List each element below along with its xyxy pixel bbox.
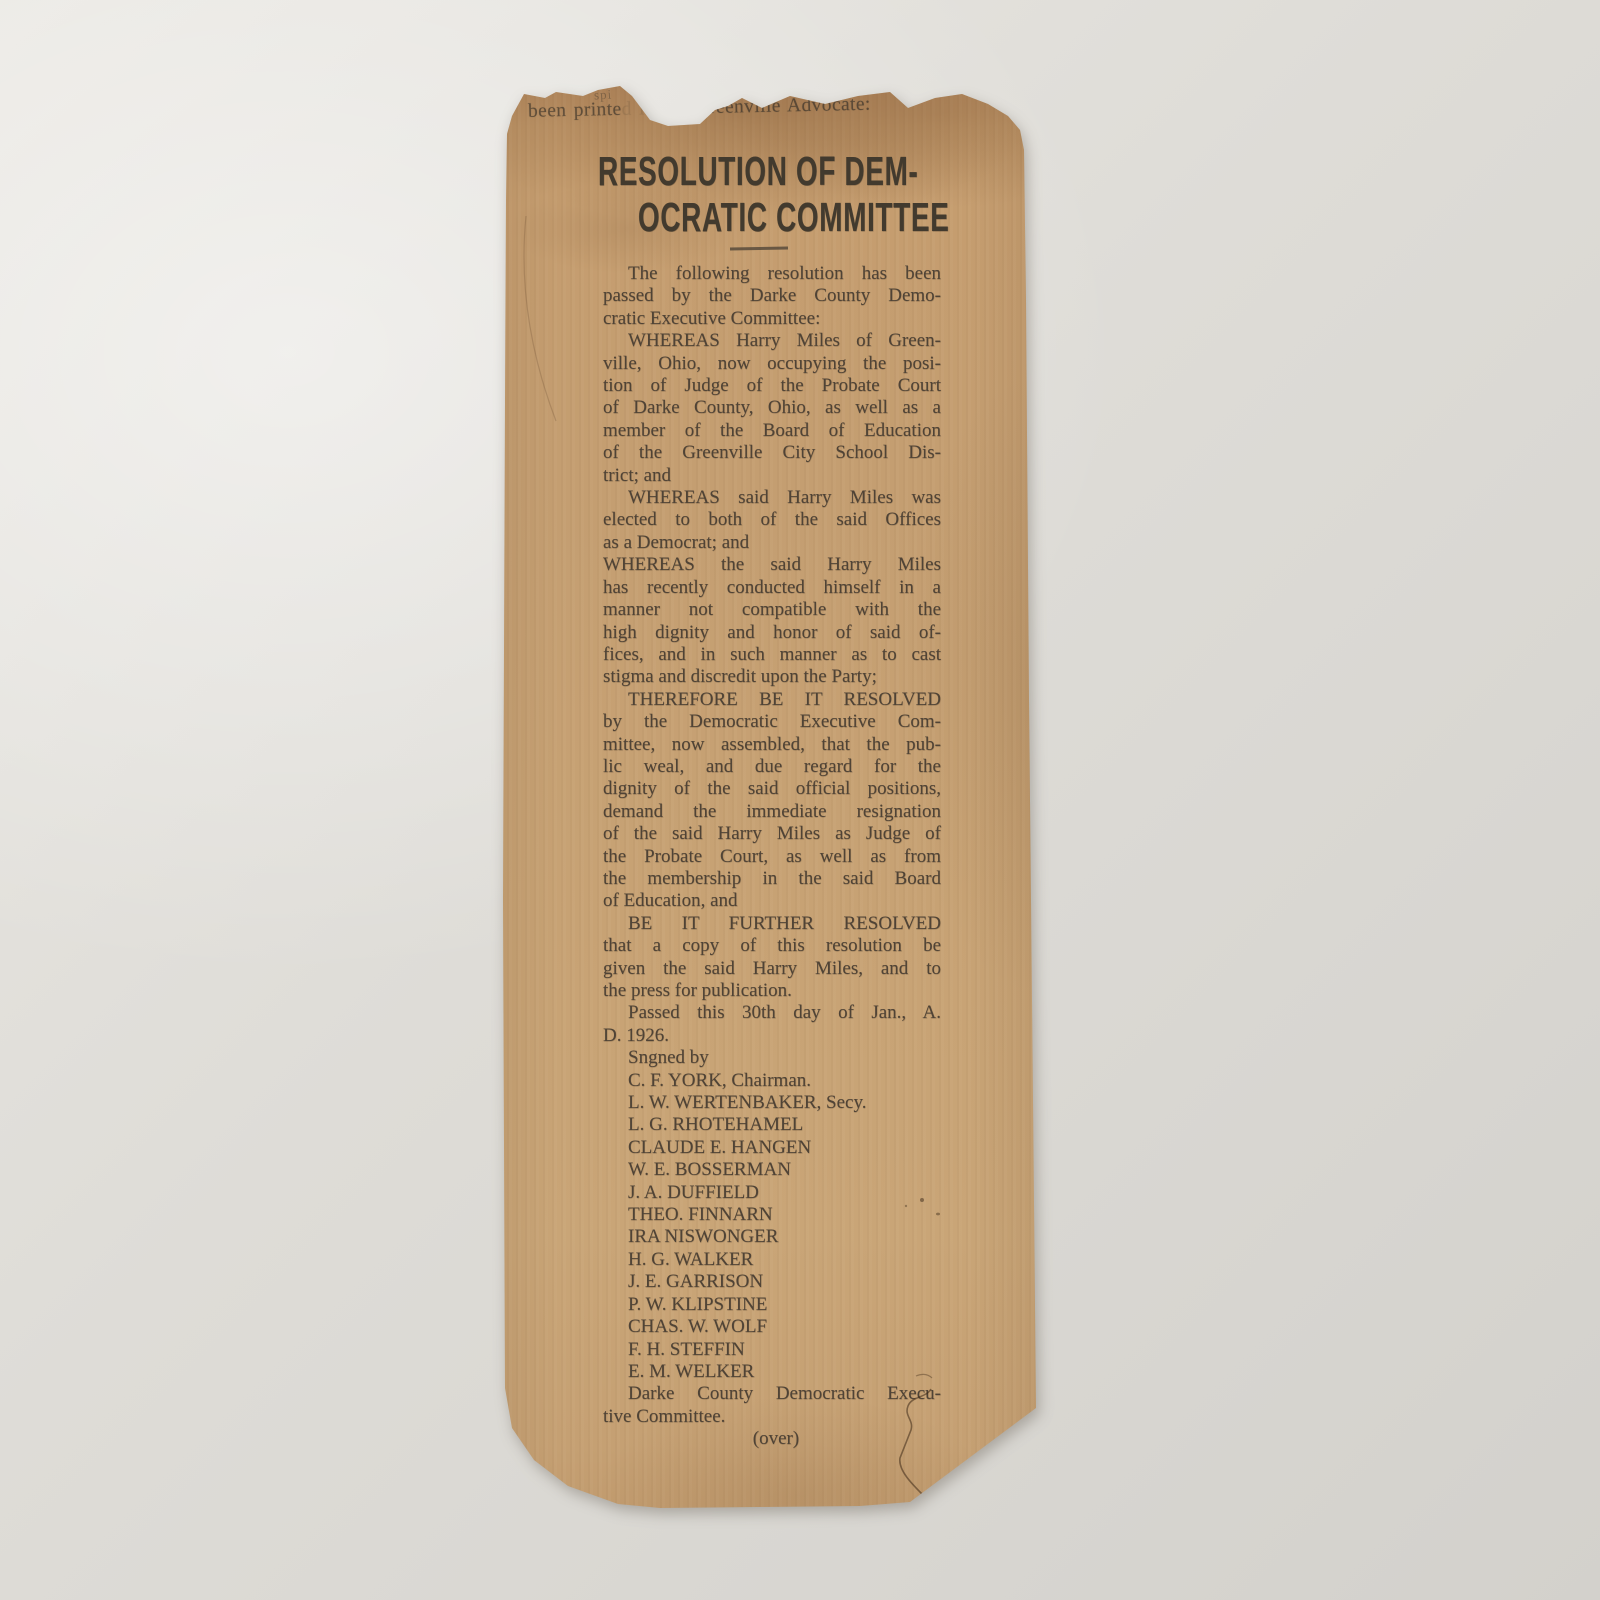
fragment-text-left: been printe (528, 99, 622, 122)
headline-divider-rule (730, 246, 788, 250)
body-line: fices, and in such manner as to cast (603, 644, 941, 666)
surface-scratch (524, 216, 556, 421)
signature-line: H. G. WALKER (603, 1249, 941, 1271)
signature-line: E. M. WELKER (603, 1361, 941, 1383)
paper-clipping: spi been printed in the Greenville Advoc… (498, 86, 1040, 1510)
body-line: THEREFORE BE IT RESOLVED (603, 689, 941, 711)
body-column: The following resolution has beenpassed … (603, 263, 941, 1451)
document-headline: RESOLUTION OF DEM- OCRATIC COMMITTEE (598, 148, 998, 240)
body-line: of Darke County, Ohio, as well as a (603, 397, 941, 419)
body-line: D. 1926. (603, 1025, 941, 1047)
body-line: WHEREAS Harry Miles of Green- (603, 330, 941, 352)
headline-line-1: RESOLUTION OF DEM- (598, 148, 918, 194)
closing-line: tive Committee. (603, 1406, 941, 1428)
ink-blob (498, 94, 517, 110)
body-line: Sngned by (603, 1047, 941, 1069)
body-line: has recently conducted himself in a (603, 577, 941, 599)
body-line: of Education, and (603, 890, 941, 912)
headline-line-2: OCRATIC COMMITTEE (638, 194, 950, 240)
body-line: the membership in the said Board (603, 868, 941, 890)
fragment-text-middle: d in the G (621, 97, 709, 120)
body-line: WHEREAS said Harry Miles was (603, 487, 941, 509)
signature-line: W. E. BOSSERMAN (603, 1159, 941, 1181)
body-line: member of the Board of Education (603, 420, 941, 442)
body-line: The following resolution has been (603, 263, 941, 285)
signature-line: F. H. STEFFIN (603, 1339, 941, 1361)
body-line: mittee, now assembled, that the pub- (603, 734, 941, 756)
signature-line: IRA NISWONGER (603, 1226, 941, 1248)
body-line: lic weal, and due regard for the (603, 756, 941, 778)
body-line: by the Democratic Executive Com- (603, 711, 941, 733)
body-text: The following resolution has beenpassed … (603, 263, 941, 1070)
body-line: ville, Ohio, now occupying the posi- (603, 353, 941, 375)
body-line: the Probate Court, as well as from (603, 846, 941, 868)
closing-text: Darke County Democratic Execu-tive Commi… (603, 1383, 941, 1428)
body-line: dignity of the said official positions, (603, 778, 941, 800)
signature-line: CHAS. W. WOLF (603, 1316, 941, 1338)
signature-line: L. W. WERTENBAKER, Secy. (603, 1092, 941, 1114)
body-line: cratic Executive Committee: (603, 308, 941, 330)
signature-line: P. W. KLIPSTINE (603, 1294, 941, 1316)
body-line: of the said Harry Miles as Judge of (603, 823, 941, 845)
paper-surface: spi been printed in the Greenville Advoc… (498, 86, 1040, 1510)
body-line: manner not compatible with the (603, 599, 941, 621)
signature-line: J. A. DUFFIELD (603, 1182, 941, 1204)
signature-list: C. F. YORK, Chairman.L. W. WERTENBAKER, … (603, 1070, 941, 1384)
signature-line: C. F. YORK, Chairman. (603, 1070, 941, 1092)
photo-background: { "colors": { "background_light": "#eae8… (0, 0, 1600, 1600)
body-line: as a Democrat; and (603, 532, 941, 554)
body-line: BE IT FURTHER RESOLVED (603, 913, 941, 935)
body-line: high dignity and honor of said of- (603, 622, 941, 644)
signature-line: L. G. RHOTEHAMEL (603, 1114, 941, 1136)
body-line: tion of Judge of the Probate Court (603, 375, 941, 397)
body-line: Passed this 30th day of Jan., A. (603, 1002, 941, 1024)
closing-line: Darke County Democratic Execu- (603, 1383, 941, 1405)
body-line: trict; and (603, 465, 941, 487)
body-line: the press for publication. (603, 980, 941, 1002)
body-line: elected to both of the said Offices (603, 509, 941, 531)
body-line: passed by the Darke County Demo- (603, 285, 941, 307)
over-label: (over) (603, 1428, 941, 1450)
body-line: that a copy of this resolution be (603, 935, 941, 957)
signature-line: J. E. GARRISON (603, 1271, 941, 1293)
signature-line: CLAUDE E. HANGEN (603, 1137, 941, 1159)
body-line: of the Greenville City School Dis- (603, 442, 941, 464)
body-line: WHEREAS the said Harry Miles (603, 554, 941, 576)
body-line: stigma and discredit upon the Party; (603, 666, 941, 688)
body-line: given the said Harry Miles, and to (603, 958, 941, 980)
body-line: demand the immediate resignation (603, 801, 941, 823)
fragment-text-right: reenville Advocate: (709, 94, 871, 118)
signature-line: THEO. FINNARN (603, 1204, 941, 1226)
